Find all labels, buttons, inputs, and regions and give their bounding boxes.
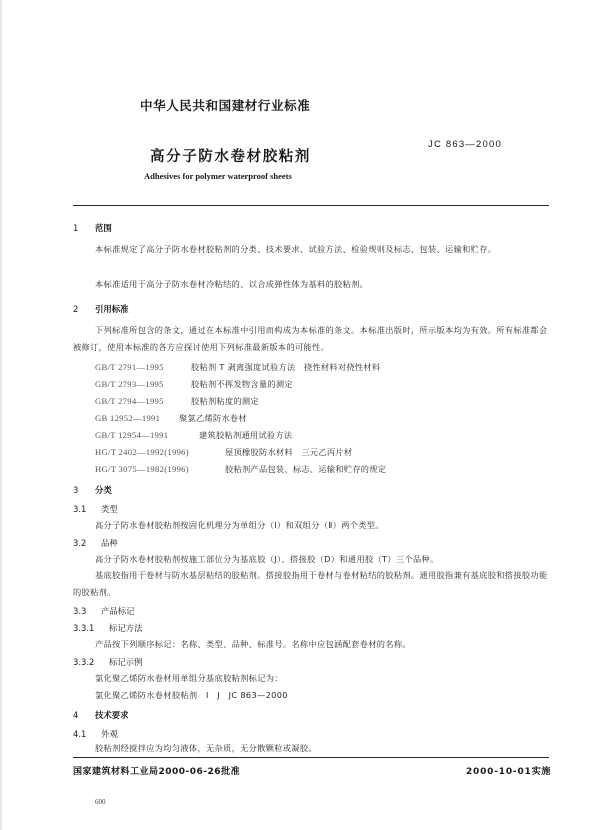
subsection-3-1-text: 高分子防水卷材胶粘剂按固化机理分为单组分（Ⅰ）和双组分（Ⅱ）两个类型。 — [95, 520, 384, 531]
subsection-3-3-1-text: 产品按下列顺序标记：名称、类型、品种、标准号。名称中应包涵配套卷材的名称。 — [95, 639, 411, 650]
subsection-number: 3.1 — [73, 504, 101, 514]
standard-number: JC 863—2000 — [428, 139, 502, 150]
reference-code: GB/T 12954—1991 — [95, 430, 199, 440]
reference-code: GB/T 2793—1995 — [95, 379, 191, 389]
subsection-number: 3.2 — [73, 538, 101, 548]
implementation-date: 2000-10-01实施 — [466, 764, 551, 777]
subsection-3-3-2-text: 氯化聚乙烯防水卷材用单组分基底胶粘剂标记为： — [95, 673, 283, 684]
marking-example: 氯化聚乙烯防水卷材胶粘剂 Ⅰ J JC 863—2000 — [95, 690, 288, 701]
paragraph-text: 基底胶指用于卷材与防水基层粘结的胶粘剂。搭接胶指用于卷材与卷材粘结的胶粘剂。通用… — [73, 570, 548, 597]
subsection-3-1-heading: 3.1类型 — [73, 503, 118, 515]
reference-item: GB/T 2794—1995胶粘剂粘度的测定 — [95, 396, 259, 407]
approval-line: 国家建筑材料工业局2000-06-26批准 — [73, 764, 240, 777]
subsection-title: 产品标记 — [101, 606, 135, 616]
section-number: 4 — [73, 710, 95, 720]
section-4-heading: 4技术要求 — [73, 709, 129, 721]
subsection-3-3-heading: 3.3产品标记 — [73, 605, 135, 617]
reference-item: GB/T 2793—1995胶粘剂不挥发物含量的测定 — [95, 379, 293, 390]
footer-rule — [73, 757, 549, 758]
subsection-4-1-text: 胶粘剂经搅拌应为均匀液体，无杂质，无分散颗粒或凝胶。 — [95, 743, 317, 754]
reference-title: 胶粘剂不挥发物含量的测定 — [191, 379, 293, 389]
subsection-title: 品种 — [101, 538, 118, 548]
section-number: 3 — [73, 485, 95, 495]
subsection-number: 3.3.2 — [73, 657, 109, 667]
document-title-cn: 高分子防水卷材胶粘剂 — [150, 145, 311, 166]
section-title: 分类 — [95, 485, 112, 495]
reference-title: 胶粘剂粘度的测定 — [191, 396, 259, 406]
section-3-heading: 3分类 — [73, 484, 112, 496]
subsection-3-3-2-heading: 3.3.2标记示例 — [73, 656, 143, 668]
reference-title: 建筑胶粘剂通用试验方法 — [199, 430, 292, 440]
section-title: 范围 — [95, 223, 112, 233]
section-title: 技术要求 — [95, 710, 129, 720]
reference-item: GB 12952—1991聚氯乙烯防水卷材 — [95, 413, 247, 424]
paragraph-text: 本标准适用于高分子防水卷材冷粘结的、以合成弹性体为基料的胶粘剂。 — [95, 279, 368, 289]
subsection-3-2-heading: 3.2品种 — [73, 537, 118, 549]
page-number: 600 — [95, 798, 106, 806]
reference-code: GB/T 2794—1995 — [95, 396, 191, 406]
section-title: 引用标准 — [95, 304, 129, 314]
subsection-number: 4.1 — [73, 729, 101, 739]
section-2-paragraph-1: 下列标准所包含的条文，通过在本标准中引用而构成为本标准的条文。本标准出版时，所示… — [73, 322, 549, 356]
document-title-en: Adhesives for polymer waterproof sheets — [144, 171, 292, 181]
subsection-number: 3.3 — [73, 606, 101, 616]
section-number: 2 — [73, 304, 95, 314]
reference-item: HG/T 2402—1992(1996)屋顶橡胶防水材料 三元乙丙片材 — [95, 447, 352, 458]
paragraph-text: 下列标准所包含的条文，通过在本标准中引用而构成为本标准的条文。本标准出版时，所示… — [73, 325, 548, 352]
subsection-number: 3.3.1 — [73, 623, 109, 633]
reference-code: GB/T 2791—1995 — [95, 362, 191, 372]
reference-code: GB 12952—1991 — [95, 413, 179, 423]
section-1-paragraph-1: 本标准规定了高分子防水卷材胶粘剂的分类、技术要求、试验方法、检验规则及标志、包装… — [73, 241, 549, 258]
reference-title: 胶粘剂产品包装、标志、运输和贮存的规定 — [225, 464, 386, 474]
reference-item: HG/T 3075—1982(1996)胶粘剂产品包装、标志、运输和贮存的规定 — [95, 464, 386, 475]
reference-title: 胶粘剂 T 剥离强度试验方法 挠性材料对挠性材料 — [191, 362, 380, 372]
section-1-paragraph-2: 本标准适用于高分子防水卷材冷粘结的、以合成弹性体为基料的胶粘剂。 — [73, 276, 549, 293]
reference-item: GB/T 12954—1991建筑胶粘剂通用试验方法 — [95, 430, 292, 441]
reference-item: GB/T 2791—1995胶粘剂 T 剥离强度试验方法 挠性材料对挠性材料 — [95, 362, 380, 373]
section-2-heading: 2引用标准 — [73, 303, 129, 315]
reference-title: 屋顶橡胶防水材料 三元乙丙片材 — [225, 447, 352, 457]
subsection-title: 标记方法 — [109, 623, 143, 633]
reference-title: 聚氯乙烯防水卷材 — [179, 413, 247, 423]
subsection-3-2-text-1: 高分子防水卷材胶粘剂按施工部位分为基底胶（J）、搭接胶（D）和通用胶（T）三个品… — [95, 554, 439, 565]
issuing-agency: 中华人民共和国建材行业标准 — [140, 96, 310, 114]
subsection-3-3-1-heading: 3.3.1标记方法 — [73, 622, 143, 634]
subsection-3-2-paragraph-2: 基底胶指用于卷材与防水基层粘结的胶粘剂。搭接胶指用于卷材与卷材粘结的胶粘剂。通用… — [73, 567, 549, 601]
reference-code: HG/T 3075—1982(1996) — [95, 464, 225, 474]
paragraph-text: 本标准规定了高分子防水卷材胶粘剂的分类、技术要求、试验方法、检验规则及标志、包装… — [95, 244, 496, 254]
reference-code: HG/T 2402—1992(1996) — [95, 447, 225, 457]
subsection-title: 类型 — [101, 504, 118, 514]
section-number: 1 — [73, 223, 95, 233]
subsection-title: 外观 — [101, 729, 118, 739]
subsection-title: 标记示例 — [109, 657, 143, 667]
section-1-heading: 1范围 — [73, 222, 112, 234]
subsection-4-1-heading: 4.1外观 — [73, 728, 118, 740]
header-rule — [73, 205, 549, 206]
page-left-edge — [0, 0, 2, 830]
